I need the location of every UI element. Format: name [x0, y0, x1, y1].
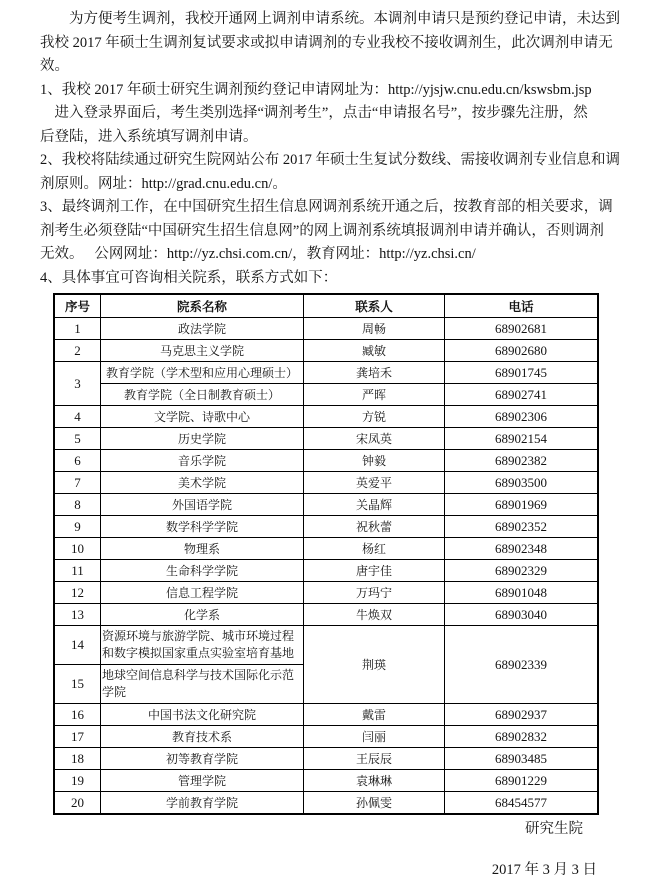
table-row: 4文学院、诗歌中心方锐68902306	[54, 406, 598, 428]
contact-cell: 万玛宁	[304, 582, 445, 604]
department-cell: 生命科学学院	[101, 560, 304, 582]
text-line: 无效。 公网网址：http://yz.chsi.com.cn/，教育网址：htt…	[40, 243, 610, 267]
serial-cell: 12	[54, 582, 101, 604]
phone-cell: 68454577	[445, 792, 599, 815]
paragraph: 4、具体事宜可咨询相关院系，联系方式如下：	[40, 267, 610, 291]
contact-cell: 戴雷	[304, 704, 445, 726]
contact-cell: 周畅	[304, 318, 445, 340]
body-text: 为方便考生调剂，我校开通网上调剂申请系统。本调剂申请只是预约登记申请，未达到我校…	[40, 8, 610, 290]
phone-cell: 68902937	[445, 704, 599, 726]
phone-cell: 68902382	[445, 450, 599, 472]
serial-cell: 14	[54, 626, 101, 665]
phone-cell: 68901048	[445, 582, 599, 604]
phone-cell: 68903485	[445, 748, 599, 770]
table-row: 1政法学院周畅68902681	[54, 318, 598, 340]
contact-cell: 孙佩雯	[304, 792, 445, 815]
document-page: 为方便考生调剂，我校开通网上调剂申请系统。本调剂申请只是预约登记申请，未达到我校…	[0, 0, 645, 882]
text-line: 2、我校将陆续通过研究生院网站公布 2017 年硕士生复试分数线、需接收调剂专业…	[40, 149, 610, 173]
phone-cell: 68902306	[445, 406, 599, 428]
department-cell: 外国语学院	[101, 494, 304, 516]
phone-cell: 68902348	[445, 538, 599, 560]
department-cell: 音乐学院	[101, 450, 304, 472]
phone-cell: 68902741	[445, 384, 599, 406]
contact-cell: 方锐	[304, 406, 445, 428]
department-cell: 管理学院	[101, 770, 304, 792]
date: 2017 年 3 月 3 日	[40, 862, 610, 879]
serial-cell: 13	[54, 604, 101, 626]
contact-cell: 杨红	[304, 538, 445, 560]
phone-cell: 68902339	[445, 626, 599, 704]
serial-cell: 3	[54, 362, 101, 406]
contact-table-head: 序号院系名称联系人电话	[54, 294, 598, 318]
table-row: 2马克思主义学院臧敏68902680	[54, 340, 598, 362]
table-row: 18初等教育学院王辰辰68903485	[54, 748, 598, 770]
table-row: 16中国书法文化研究院戴雷68902937	[54, 704, 598, 726]
department-cell: 数学科学学院	[101, 516, 304, 538]
department-cell: 学前教育学院	[101, 792, 304, 815]
contact-cell: 闫丽	[304, 726, 445, 748]
department-cell: 地球空间信息科学与技术国际化示范学院	[101, 665, 304, 704]
table-row: 14资源环境与旅游学院、城市环境过程和数字模拟国家重点实验室培育基地荆瑛6890…	[54, 626, 598, 665]
table-row: 9数学科学学院祝秋蕾68902352	[54, 516, 598, 538]
serial-cell: 20	[54, 792, 101, 815]
department-cell: 信息工程学院	[101, 582, 304, 604]
serial-cell: 8	[54, 494, 101, 516]
text-line: 我校 2017 年硕士生调剂复试要求或拟申请调剂的专业我校不接收调剂生，此次调剂…	[40, 32, 610, 56]
text-line: 效。	[40, 55, 610, 79]
contact-table: 序号院系名称联系人电话 1政法学院周畅689026812马克思主义学院臧敏689…	[53, 293, 599, 815]
department-cell: 政法学院	[101, 318, 304, 340]
contact-cell: 英爱平	[304, 472, 445, 494]
serial-cell: 4	[54, 406, 101, 428]
text-line: 后登陆，进入系统填写调剂申请。	[40, 126, 610, 150]
contact-cell: 荆瑛	[304, 626, 445, 704]
department-cell: 教育学院（学术型和应用心理硕士）	[101, 362, 304, 384]
contact-cell: 宋凤英	[304, 428, 445, 450]
paragraph: 3、最终调剂工作，在中国研究生招生信息网调剂系统开通之后，按教育部的相关要求，调…	[40, 196, 610, 267]
serial-cell: 5	[54, 428, 101, 450]
table-row: 17教育技术系闫丽68902832	[54, 726, 598, 748]
department-cell: 历史学院	[101, 428, 304, 450]
department-cell: 物理系	[101, 538, 304, 560]
table-row: 13化学系牛焕双68903040	[54, 604, 598, 626]
serial-cell: 7	[54, 472, 101, 494]
serial-cell: 18	[54, 748, 101, 770]
contact-cell: 龚培禾	[304, 362, 445, 384]
contact-cell: 钟毅	[304, 450, 445, 472]
table-row: 12信息工程学院万玛宁68901048	[54, 582, 598, 604]
contact-cell: 唐宇佳	[304, 560, 445, 582]
paragraph: 为方便考生调剂，我校开通网上调剂申请系统。本调剂申请只是预约登记申请，未达到我校…	[40, 8, 610, 79]
contact-cell: 臧敏	[304, 340, 445, 362]
table-row: 19管理学院袁琳琳68901229	[54, 770, 598, 792]
header-row: 序号院系名称联系人电话	[54, 294, 598, 318]
phone-cell: 68903500	[445, 472, 599, 494]
serial-cell: 2	[54, 340, 101, 362]
phone-cell: 68901969	[445, 494, 599, 516]
phone-cell: 68902680	[445, 340, 599, 362]
signature: 研究生院	[40, 821, 610, 838]
department-cell: 马克思主义学院	[101, 340, 304, 362]
paragraph: 2、我校将陆续通过研究生院网站公布 2017 年硕士生复试分数线、需接收调剂专业…	[40, 149, 610, 196]
table-row: 6音乐学院钟毅68902382	[54, 450, 598, 472]
text-line: 为方便考生调剂，我校开通网上调剂申请系统。本调剂申请只是预约登记申请，未达到	[40, 8, 610, 32]
contact-cell: 关晶辉	[304, 494, 445, 516]
contact-table-body: 1政法学院周畅689026812马克思主义学院臧敏689026803教育学院（学…	[54, 318, 598, 815]
serial-cell: 19	[54, 770, 101, 792]
phone-cell: 68902832	[445, 726, 599, 748]
table-row: 7美术学院英爱平68903500	[54, 472, 598, 494]
department-cell: 资源环境与旅游学院、城市环境过程和数字模拟国家重点实验室培育基地	[101, 626, 304, 665]
table-row: 20学前教育学院孙佩雯68454577	[54, 792, 598, 815]
table-row: 教育学院（全日制教育硕士）严晖68902741	[54, 384, 598, 406]
text-line: 剂原则。网址：http://grad.cnu.edu.cn/。	[40, 173, 610, 197]
table-row: 8外国语学院关晶辉68901969	[54, 494, 598, 516]
contact-cell: 牛焕双	[304, 604, 445, 626]
phone-cell: 68902681	[445, 318, 599, 340]
text-line: 3、最终调剂工作，在中国研究生招生信息网调剂系统开通之后，按教育部的相关要求，调	[40, 196, 610, 220]
department-cell: 初等教育学院	[101, 748, 304, 770]
table-row: 11生命科学学院唐宇佳68902329	[54, 560, 598, 582]
text-line: 进入登录界面后，考生类别选择“调剂考生”，点击“申请报名号”，按步骤先注册，然	[40, 102, 610, 126]
text-line: 1、我校 2017 年硕士研究生调剂预约登记申请网址为：http://yjsjw…	[40, 79, 610, 103]
serial-cell: 1	[54, 318, 101, 340]
phone-cell: 68902154	[445, 428, 599, 450]
serial-cell: 6	[54, 450, 101, 472]
column-header: 电话	[445, 294, 599, 318]
phone-cell: 68901229	[445, 770, 599, 792]
serial-cell: 9	[54, 516, 101, 538]
phone-cell: 68902352	[445, 516, 599, 538]
contact-cell: 祝秋蕾	[304, 516, 445, 538]
department-cell: 教育学院（全日制教育硕士）	[101, 384, 304, 406]
department-cell: 教育技术系	[101, 726, 304, 748]
table-row: 10物理系杨红68902348	[54, 538, 598, 560]
contact-cell: 袁琳琳	[304, 770, 445, 792]
column-header: 院系名称	[101, 294, 304, 318]
text-line: 4、具体事宜可咨询相关院系，联系方式如下：	[40, 267, 610, 291]
phone-cell: 68902329	[445, 560, 599, 582]
phone-cell: 68901745	[445, 362, 599, 384]
department-cell: 文学院、诗歌中心	[101, 406, 304, 428]
serial-cell: 17	[54, 726, 101, 748]
department-cell: 中国书法文化研究院	[101, 704, 304, 726]
serial-cell: 15	[54, 665, 101, 704]
department-cell: 美术学院	[101, 472, 304, 494]
column-header: 序号	[54, 294, 101, 318]
paragraph: 1、我校 2017 年硕士研究生调剂预约登记申请网址为：http://yjsjw…	[40, 79, 610, 150]
serial-cell: 16	[54, 704, 101, 726]
column-header: 联系人	[304, 294, 445, 318]
phone-cell: 68903040	[445, 604, 599, 626]
department-cell: 化学系	[101, 604, 304, 626]
serial-cell: 11	[54, 560, 101, 582]
table-row: 5历史学院宋凤英68902154	[54, 428, 598, 450]
contact-cell: 严晖	[304, 384, 445, 406]
serial-cell: 10	[54, 538, 101, 560]
table-row: 3教育学院（学术型和应用心理硕士）龚培禾68901745	[54, 362, 598, 384]
contact-cell: 王辰辰	[304, 748, 445, 770]
text-line: 剂考生必须登陆“中国研究生招生信息网”的网上调剂系统填报调剂申请并确认，否则调剂	[40, 220, 610, 244]
